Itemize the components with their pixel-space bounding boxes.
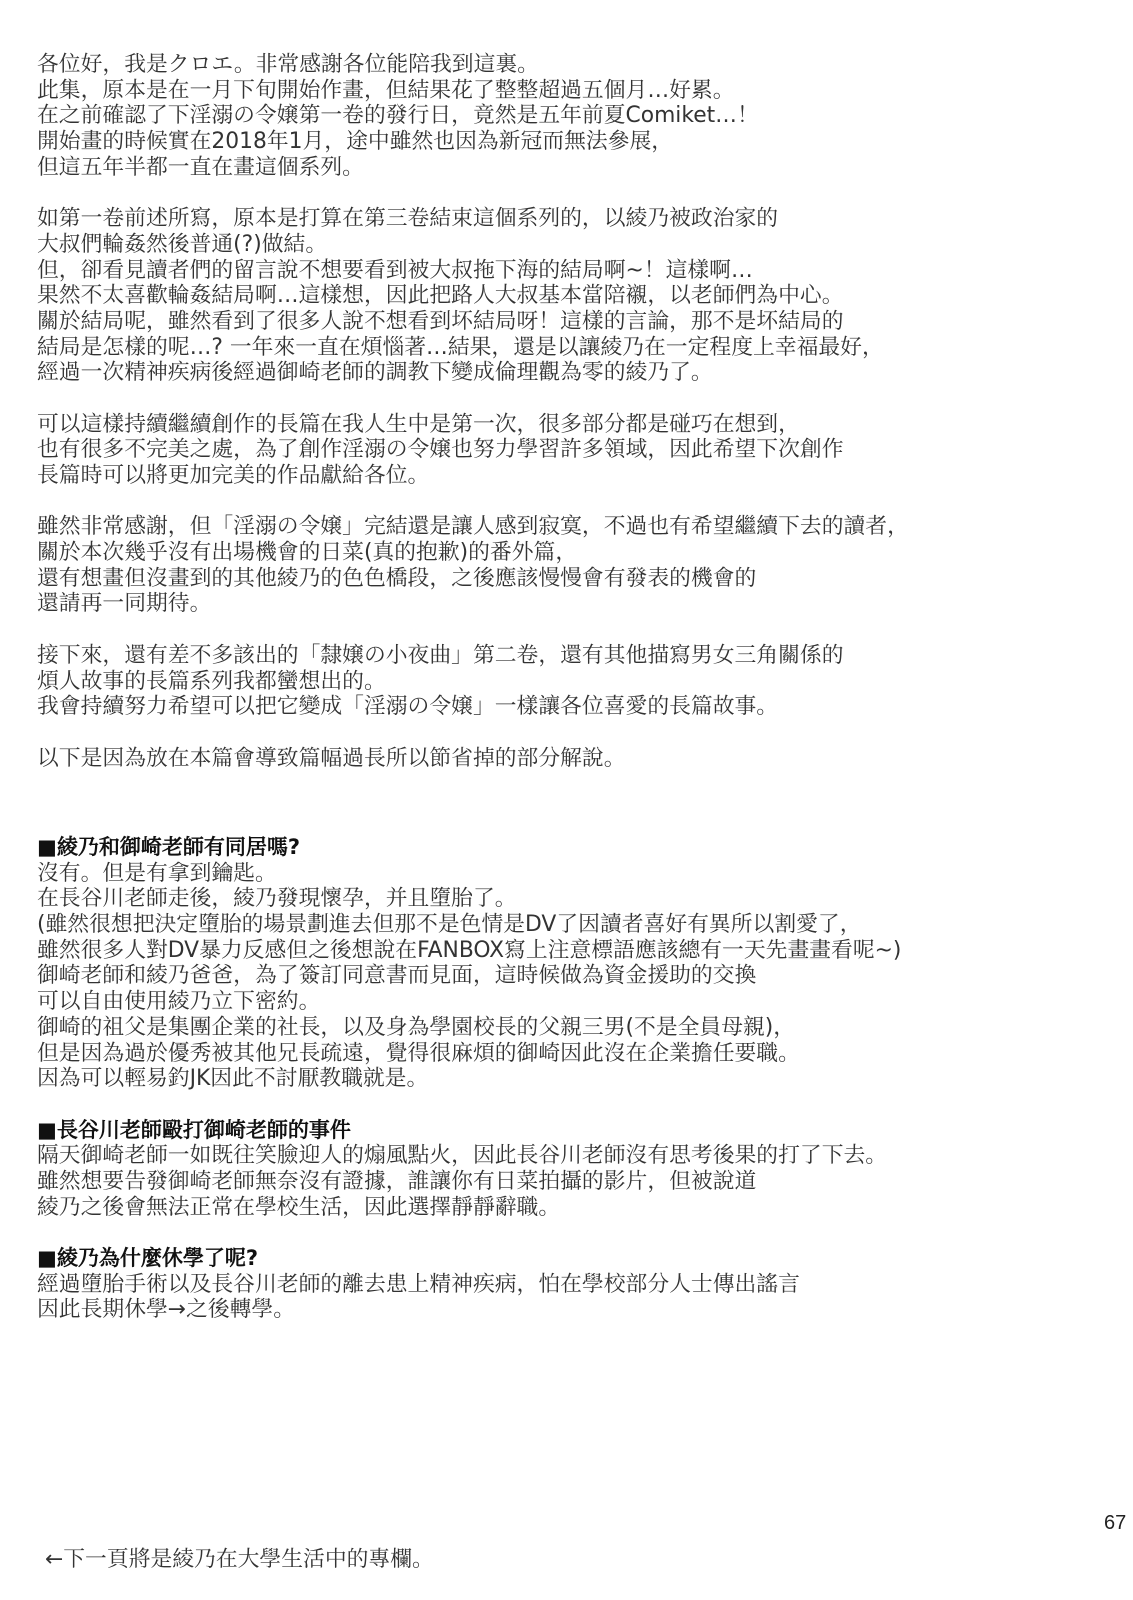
text-line: 綾乃之後會無法正常在學校生活，因此選擇靜靜辭職。 — [37, 1195, 901, 1221]
afterword-intro: 各位好，我是クロエ。非常感謝各位能陪我到這裏。 此集，原本是在一月下旬開始作畫，… — [37, 52, 909, 797]
paragraph-long-series: 可以這樣持續繼續創作的長篇在我人生中是第一次，很多部分都是碰巧在想到， 也有很多… — [37, 412, 909, 489]
text-line: 隔天御崎老師一如既往笑臉迎人的煽風點火，因此長谷川老師沒有思考後果的打了下去。 — [37, 1143, 901, 1169]
paragraph-thanks: 雖然非常感謝，但「淫溺の令嬢」完結還是讓人感到寂寞，不過也有希望繼續下去的讀者，… — [37, 514, 909, 617]
text-line: 結局是怎樣的呢…? 一年來一直在煩惱著…結果，還是以讓綾乃在一定程度上幸福最好， — [37, 335, 909, 361]
text-line: 關於本次幾乎沒有出場機會的日菜(真的抱歉)的番外篇， — [37, 540, 909, 566]
text-line: 開始畫的時候實在2018年1月，途中雖然也因為新冠而無法參展， — [37, 129, 909, 155]
text-line: 雖然很多人對DV暴力反感但之後想說在FANBOX寫上注意標語應該總有一天先畫畫看… — [37, 938, 901, 964]
page-number: 67 — [1104, 1511, 1126, 1535]
text-line: 經過一次精神疾病後經過御崎老師的調教下變成倫理觀為零的綾乃了。 — [37, 360, 909, 386]
text-line: 各位好，我是クロエ。非常感謝各位能陪我到這裏。 — [37, 52, 909, 78]
text-line: 因為可以輕易釣JK因此不討厭教職就是。 — [37, 1066, 901, 1092]
text-line: 經過墮胎手術以及長谷川老師的離去患上精神疾病，怕在學校部分人士傳出謠言 — [37, 1272, 901, 1298]
paragraph-explanation-intro: 以下是因為放在本篇會導致篇幅過長所以節省掉的部分解說。 — [37, 746, 909, 772]
text-line: 可以自由使用綾乃立下密約。 — [37, 989, 901, 1015]
text-line: 雖然非常感謝，但「淫溺の令嬢」完結還是讓人感到寂寞，不過也有希望繼續下去的讀者， — [37, 514, 909, 540]
text-line: 還有想畫但沒畫到的其他綾乃的色色橋段，之後應該慢慢會有發表的機會的 — [37, 566, 909, 592]
section-heading: ■綾乃和御崎老師有同居嗎? — [37, 835, 901, 861]
text-line: 長篇時可以將更加完美的作品獻給各位。 — [37, 463, 909, 489]
text-line: 可以這樣持續繼續創作的長篇在我人生中是第一次，很多部分都是碰巧在想到， — [37, 412, 909, 438]
text-line: 關於結局呢，雖然看到了很多人說不想看到坏結局呀！這樣的言論，那不是坏結局的 — [37, 309, 909, 335]
text-line: 接下來，還有差不多該出的「隸嬢の小夜曲」第二卷，還有其他描寫男女三角關係的 — [37, 643, 909, 669]
section-heading: ■綾乃為什麼休學了呢? — [37, 1246, 901, 1272]
paragraph-ending-plan: 如第一卷前述所寫，原本是打算在第三卷結束這個系列的，以綾乃被政治家的 大叔們輪姦… — [37, 206, 909, 386]
text-line: 但這五年半都一直在畫這個系列。 — [37, 155, 909, 181]
section-cohabitation: ■綾乃和御崎老師有同居嗎? 沒有。但是有拿到鑰匙。 在長谷川老師走後，綾乃發現懷… — [37, 835, 901, 1092]
text-line: 御崎老師和綾乃爸爸，為了簽訂同意書而見面，這時候做為資金援助的交換 — [37, 963, 901, 989]
text-line: 也有很多不完美之處，為了創作淫溺の令嬢也努力學習許多領域，因此希望下次創作 — [37, 437, 909, 463]
text-line: 御崎的祖父是集團企業的社長，以及身為學園校長的父親三男(不是全員母親)， — [37, 1015, 901, 1041]
text-line: 以下是因為放在本篇會導致篇幅過長所以節省掉的部分解說。 — [37, 746, 909, 772]
text-line: 還請再一同期待。 — [37, 591, 909, 617]
text-line: (雖然很想把決定墮胎的場景劃進去但那不是色情是DV了因讀者喜好有異所以割愛了， — [37, 912, 901, 938]
paragraph-greeting: 各位好，我是クロエ。非常感謝各位能陪我到這裏。 此集，原本是在一月下旬開始作畫，… — [37, 52, 909, 180]
text-line: 雖然想要告發御崎老師無奈沒有證據，誰讓你有日菜拍攝的影片，但被說道 — [37, 1169, 901, 1195]
text-line: 煩人故事的長篇系列我都蠻想出的。 — [37, 669, 909, 695]
text-line: 沒有。但是有拿到鑰匙。 — [37, 861, 901, 887]
text-line: 但是因為過於優秀被其他兄長疏遠，覺得很麻煩的御崎因此沒在企業擔任要職。 — [37, 1041, 901, 1067]
text-line: 大叔們輪姦然後普通(?)做結。 — [37, 232, 909, 258]
section-heading: ■長谷川老師毆打御崎老師的事件 — [37, 1118, 901, 1144]
text-line: 在之前確認了下淫溺の令嬢第一卷的發行日，竟然是五年前夏Comiket…！ — [37, 103, 909, 129]
text-line: 果然不太喜歡輪姦結局啊…這樣想，因此把路人大叔基本當陪襯，以老師們為中心。 — [37, 283, 909, 309]
paragraph-next-works: 接下來，還有差不多該出的「隸嬢の小夜曲」第二卷，還有其他描寫男女三角關係的 煩人… — [37, 643, 909, 720]
explanation-sections: ■綾乃和御崎老師有同居嗎? 沒有。但是有拿到鑰匙。 在長谷川老師走後，綾乃發現懷… — [37, 835, 901, 1349]
text-line: 但，卻看見讀者們的留言說不想要看到被大叔拖下海的結局啊~！這樣啊… — [37, 258, 909, 284]
section-leave-of-absence: ■綾乃為什麼休學了呢? 經過墮胎手術以及長谷川老師的離去患上精神疾病，怕在學校部… — [37, 1246, 901, 1323]
next-page-note: ←下一頁將是綾乃在大學生活中的專欄。 — [45, 1547, 434, 1573]
text-line: 我會持續努力希望可以把它變成「淫溺の令嬢」一樣讓各位喜愛的長篇故事。 — [37, 694, 909, 720]
text-line: 此集，原本是在一月下旬開始作畫，但結果花了整整超過五個月…好累。 — [37, 78, 909, 104]
text-line: 在長谷川老師走後，綾乃發現懷孕，并且墮胎了。 — [37, 886, 901, 912]
text-line: 如第一卷前述所寫，原本是打算在第三卷結束這個系列的，以綾乃被政治家的 — [37, 206, 909, 232]
text-line: 因此長期休學→之後轉學。 — [37, 1297, 901, 1323]
section-incident: ■長谷川老師毆打御崎老師的事件 隔天御崎老師一如既往笑臉迎人的煽風點火，因此長谷… — [37, 1118, 901, 1221]
